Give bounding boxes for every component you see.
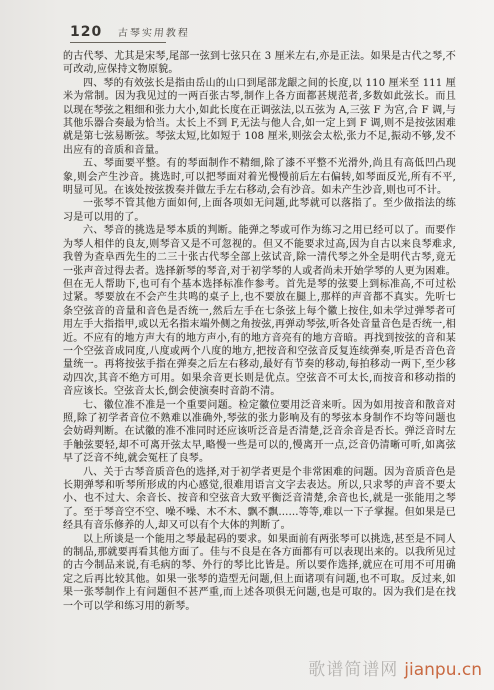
watermark-site-name: 歌谱简谱网 [308, 660, 398, 680]
page-number: 120 [70, 24, 102, 40]
paragraph-summary: 以上所谈是一个能用之琴最起码的要求。如果面前有两张琴可以挑选,甚至是不同人的制品… [63, 533, 456, 613]
paragraph-note: 一张琴不管其他方面如何,上面各项如无问题,此琴就可以落指了。至少做指法的练习是可… [63, 197, 456, 224]
paragraph-item-6: 六、琴音的挑选是琴本质的判断。能弹之琴或可作为练习之用已经可以了。而要作为琴人相… [63, 224, 456, 398]
book-title: 古琴实用教程 [118, 24, 191, 39]
paragraph-item-7: 七、徽位准不准是一个重要问题。检定徽位要用泛音来听。因为如用按音和散音对照,除了… [63, 399, 456, 466]
watermark: 歌谱简谱网jianpu.cn [308, 655, 482, 680]
paragraph-continuation: 的古代琴、尤其是宋琴,尾部一弦到七弦只在 3 厘米左右,亦是正法。如果是古代之琴… [63, 50, 456, 77]
page-header: 120 古琴实用教程 [70, 24, 190, 40]
body-text: 的古代琴、尤其是宋琴,尾部一弦到七弦只在 3 厘米左右,亦是正法。如果是古代之琴… [63, 50, 456, 613]
watermark-site-url: jianpu.cn [404, 660, 482, 680]
paragraph-item-5: 五、琴面要平整。有的琴面制作不精细,除了漆不平整不光滑外,尚且有高低凹凸现象,则… [63, 157, 456, 197]
paragraph-item-8: 八、关于古琴音质音色的选择,对于初学者更是个非常困难的问题。因为音质音色是长期弹… [63, 466, 456, 533]
paragraph-item-4: 四、琴的有效弦长是指由岳山的山口到尾部龙龈之间的长度,以 110 厘米至 111… [63, 77, 456, 157]
book-page: 120 古琴实用教程 的古代琴、尤其是宋琴,尾部一弦到七弦只在 3 厘米左右,亦… [0, 0, 494, 690]
header-rule [70, 42, 166, 43]
